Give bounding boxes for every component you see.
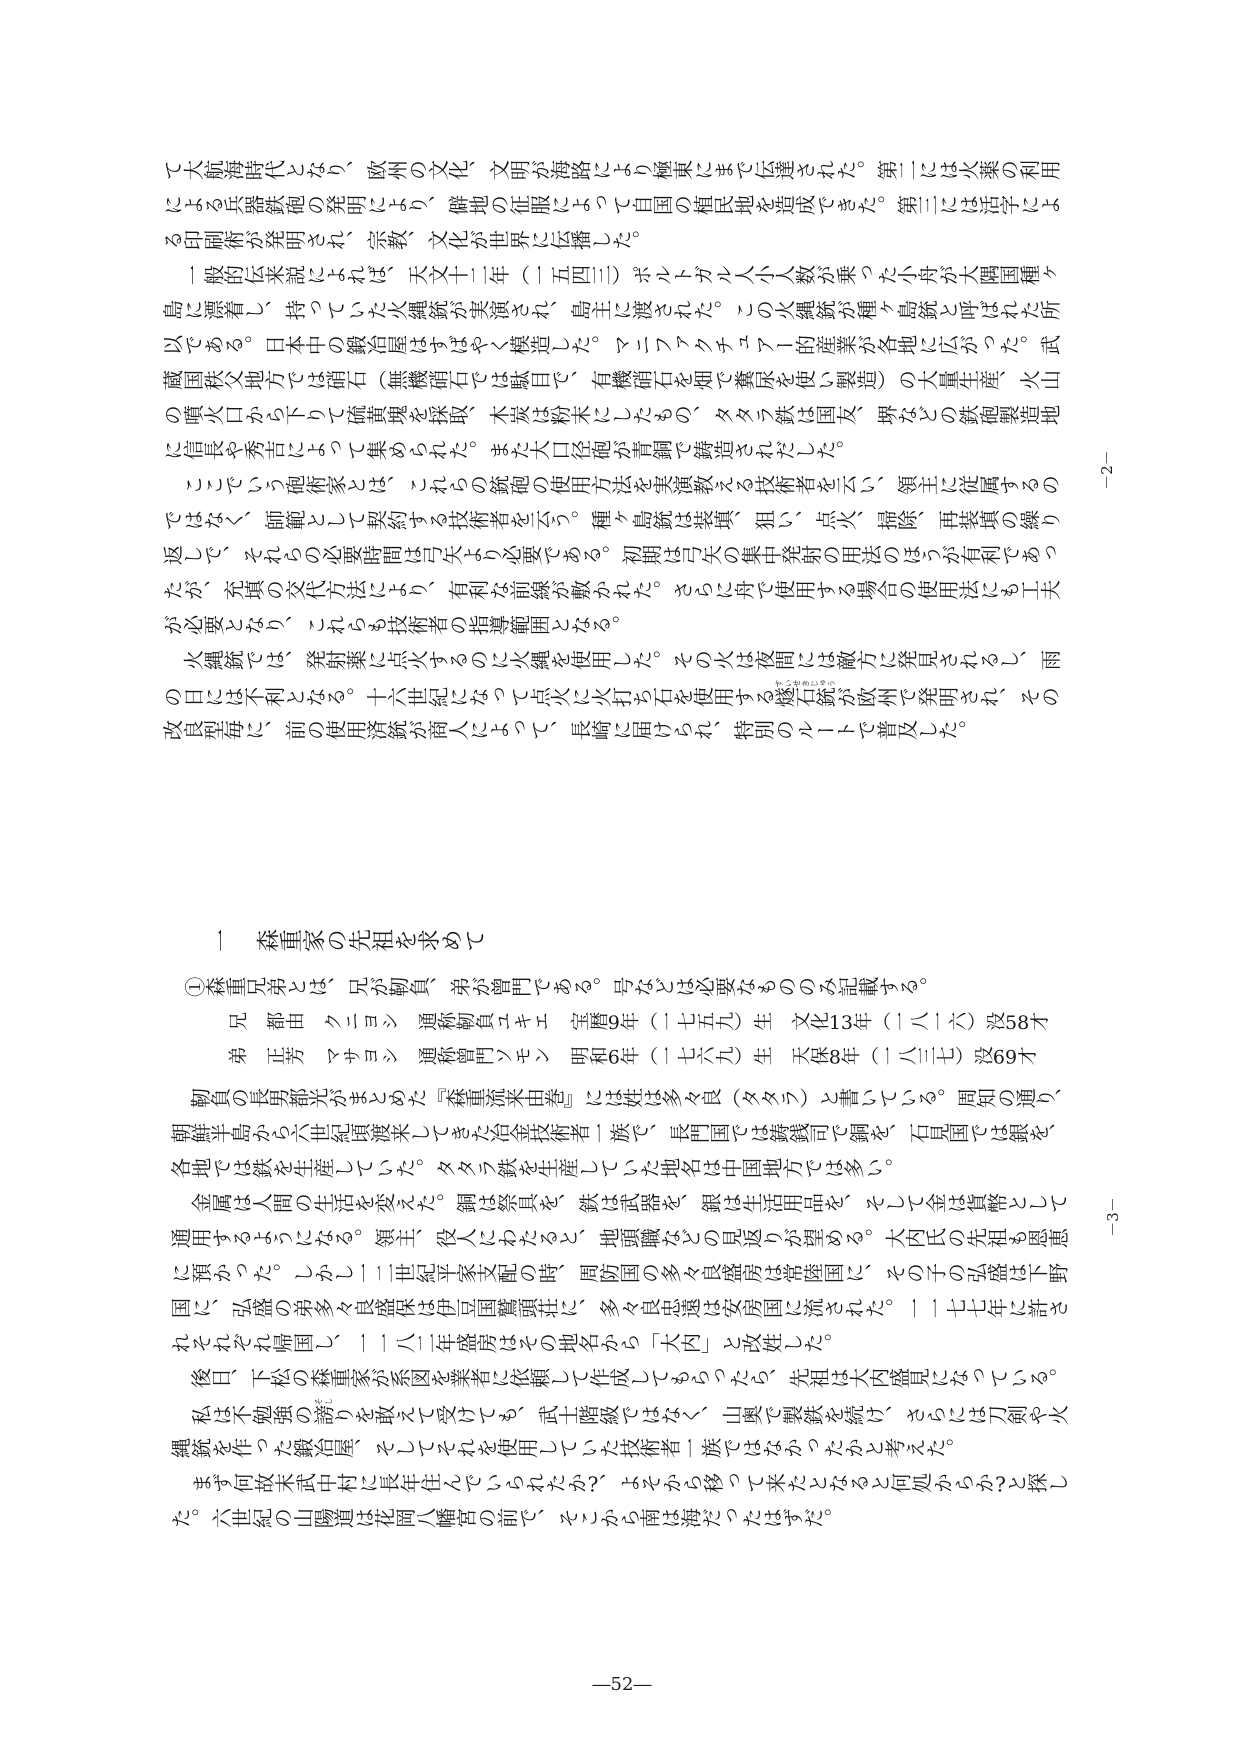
- text-line: が必要となり、これらも技術者の指導範囲となる。: [162, 610, 1060, 645]
- ruby-annotated-word: 燧石銃すいせきじゅう: [774, 687, 835, 711]
- text-line: 以である。日本中の鍛冶屋はすばやく模造した。マニファクチュアー的産業が各地に広が…: [162, 330, 1060, 365]
- brothers-intro-line: ①森重兄弟とは、兄が靭負、弟が曾門である。号などは必要なもののみ記載する。: [170, 971, 1068, 1006]
- text-line: 朝鮮半島から六世紀頃渡来してきた冶金技術者一族で、長門国では鋳銭司で銅を、石見国…: [170, 1118, 1068, 1153]
- text-line-with-ruby: の日には不利となる。十六世紀になって点火に火打ち石を使用する燧石銃すいせきじゅう…: [162, 680, 1060, 715]
- text-line: 蔵国秩父地方では硝石（無機硝石では駄目で、有機硝石を畑で糞尿を使い製造）の大量生…: [162, 365, 1060, 400]
- text-line: て大航海時代となり、欧州の文化、文明が海路により極東にまで伝達された。第二には火…: [162, 155, 1060, 190]
- text-line: に信長や秀吉によって集められた。また大口径砲が青銅で鋳造されだした。: [162, 435, 1060, 470]
- heading-gap: [233, 930, 256, 956]
- text-segment: りを敢えて受けても、武士階級ではなく、山奥で製鉄を続け、さらには刀剣や火: [333, 1405, 1068, 1429]
- page-2-text-block: て大航海時代となり、欧州の文化、文明が海路により極東にまで伝達された。第二には火…: [162, 155, 1060, 750]
- section-heading: 一 森重家の先祖を求めて: [210, 923, 486, 963]
- text-line: 一般的伝来説によれば、天文十二年（一五四三）ポルトガル人小人数が乗った小舟が大隅…: [162, 260, 1060, 295]
- page-number-2: －2－: [1097, 447, 1117, 493]
- text-line: た。六世紀の山陽道は花岡八幡宮の前で、そこから南は海だったはずだ。: [170, 1503, 1068, 1538]
- elder-brother-record: 兄 都由 クニヨシ 通称靭負ユキエ 宝暦9年（一七五九）生 文化13年（一八一六…: [170, 1005, 1068, 1040]
- text-line: 島に漂着し、持っていた火縄銃が実演され、島主に渡された。この火縄銃が種ヶ島銃と呼…: [162, 295, 1060, 330]
- ruby-base: 謗: [313, 1405, 333, 1429]
- text-line: 金属は人間の生活を変えた。銅は祭具を、鉄は武器を、銀は生活用品を、そして金は貨幣…: [170, 1188, 1068, 1223]
- text-line: 火縄銃では、発射薬に点火するのに火縄を使用した。その火は夜間には敵方に発見される…: [162, 645, 1060, 680]
- text-line: 国に、弘盛の弟多々良盛保は伊豆国鷲頭荘に、多々良忠遠は安房国に流された。一一七七…: [170, 1293, 1068, 1328]
- text-line-with-ruby: 私は不勉強の謗そしりを敢えて受けても、武士階級ではなく、山奥で製鉄を続け、さらに…: [170, 1398, 1068, 1433]
- text-line: る印刷術が発明され、宗教、文化が世界に伝播した。: [162, 225, 1060, 260]
- text-segment: 私は不勉強の: [170, 1405, 313, 1429]
- section-title: 森重家の先祖を求めて: [256, 930, 486, 956]
- text-line: 改良型毎に、前の使用済銃が商人によって、長崎に届けられ、特別のルートで普及した。: [162, 715, 1060, 750]
- text-line: による兵器鉄砲の発明により、僻地の征服によって自国の植民地を造成できた。第三には…: [162, 190, 1060, 225]
- text-line: 後日、下松の森重家が系図を業者に依頼して作成してもらったら、先祖は大内盛見になっ…: [170, 1363, 1068, 1398]
- ruby-reading: そし: [313, 1397, 333, 1406]
- text-segment: が欧州で発明され、その: [836, 687, 1061, 711]
- text-segment: の日には不利となる。十六世紀になって点火に火打ち石を使用する: [162, 687, 774, 711]
- page-3-text-block: 靭負の長男都光がまとめた『森重流来由巻』には姓は多々良（タタラ）と書いている。周…: [170, 1083, 1068, 1538]
- text-line: 通用するようになる。領主、役人にわたると、地頭職などの見返りが望める。大内氏の先…: [170, 1223, 1068, 1258]
- page-number-3: －3－: [1103, 1194, 1123, 1240]
- text-line: 返しで、それらの必要時間は弓矢より必要である。初期は弓矢の集中発射の用法のほうが…: [162, 540, 1060, 575]
- text-line: 縄銃を作った鍛冶屋、そしてそれを使用していた技術者一族ではなかったかと考えた。: [170, 1433, 1068, 1468]
- younger-brother-record: 弟 正芳 マサヨシ 通称曾門ソモン 明和6年（一七六九）生 天保8年（一八三七）…: [170, 1040, 1068, 1075]
- text-line: ではなく、師範として契約する技術者を云う。種ヶ島銃は装填、狙い、点火、掃除、再装…: [162, 505, 1060, 540]
- text-line: ここでいう砲術家とは、これらの銃砲の使用方法を実演教える技術者を云い、領主に従属…: [162, 470, 1060, 505]
- section-heading-line: 一 森重家の先祖を求めて: [210, 923, 486, 963]
- text-line: たが、充填の交代方法により、有利な前線が敷かれた。さらに舟で使用する場合の使用法…: [162, 575, 1060, 610]
- text-line: 靭負の長男都光がまとめた『森重流来由巻』には姓は多々良（タタラ）と書いている。周…: [170, 1083, 1068, 1118]
- text-line: 各地では鉄を生産していた。タタラ鉄を生産していた地名は中国地方では多い。: [170, 1153, 1068, 1188]
- text-line: まず何故末武中村に長年住んでいられたか?、よそから移って来たとなると何処からか?…: [170, 1468, 1068, 1503]
- ruby-base: 燧石銃: [774, 687, 835, 711]
- section-number: 一: [210, 930, 233, 956]
- text-line: の噴火口から下りて硫黄塊を採取、木炭は粉末にしたもの、タタラ鉄は国友、堺などの鉄…: [162, 400, 1060, 435]
- sheet-page-number: ―52―: [572, 1673, 672, 1697]
- text-line: に預かった。しかし一二世紀平家支配の時、周防国の多々良盛房は常陸国に、その子の弘…: [170, 1258, 1068, 1293]
- ruby-reading: すいせきじゅう: [774, 679, 835, 688]
- page-3-intro-block: ①森重兄弟とは、兄が靭負、弟が曾門である。号などは必要なもののみ記載する。 兄 …: [170, 971, 1068, 1075]
- ruby-annotated-word: 謗そし: [313, 1405, 333, 1429]
- text-line: れそれぞれ帰国し、一一八二年盛房はその地名から「大内」と改姓した。: [170, 1328, 1068, 1363]
